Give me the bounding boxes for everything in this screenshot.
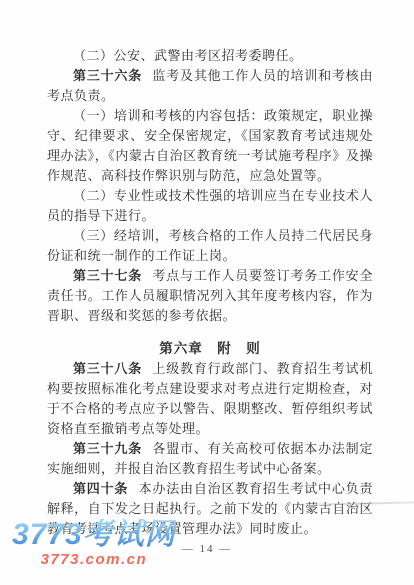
- document-paragraph: （一）培训和考核的内容包括：政策规定，职业操守、纪律要求、安全保密规定，《国家教…: [47, 106, 373, 186]
- article-number: 第三十九条: [73, 441, 142, 456]
- document-paragraph: 第三十九条各盟市、有关高校可依据本办法制定实施细则，并报自治区教育招生考试中心备…: [47, 439, 373, 479]
- paragraph-text: （三）经培训，考核合格的工作人员持二代居民身份证和统一制作的工作证上岗。: [47, 228, 373, 263]
- paragraph-text: （二）专业性或技术性强的培训应当在专业技术人员的指导下进行。: [47, 188, 373, 223]
- document-page: （二）公安、武警由考区招考委聘任。 第三十六条监考及其他工作人员的培训和考核由考…: [0, 0, 414, 585]
- document-body: （二）公安、武警由考区招考委聘任。 第三十六条监考及其他工作人员的培训和考核由考…: [47, 46, 373, 539]
- document-paragraph: 第三十八条上级教育行政部门、教育招生考试机构要按照标准化考点建设要求对考点进行定…: [47, 359, 373, 439]
- document-paragraph: 第三十七条考点与工作人员要签订考务工作安全责任书。工作人员履职情况列入其年度考核…: [47, 266, 373, 326]
- paragraph-text: （一）培训和考核的内容包括：政策规定，职业操守、纪律要求、安全保密规定，《国家教…: [47, 108, 373, 183]
- article-number: 第三十七条: [73, 268, 142, 283]
- article-number: 第三十八条: [73, 361, 142, 376]
- article-number: 第三十六条: [73, 68, 142, 83]
- paragraph-text: （二）公安、武警由考区招考委聘任。: [73, 48, 303, 63]
- document-paragraph: （二）公安、武警由考区招考委聘任。: [47, 46, 373, 66]
- document-paragraph: （二）专业性或技术性强的培训应当在专业技术人员的指导下进行。: [47, 186, 373, 226]
- page-number: — 14 —: [0, 543, 414, 555]
- document-paragraph: （三）经培训，考核合格的工作人员持二代居民身份证和统一制作的工作证上岗。: [47, 226, 373, 266]
- article-number: 第四十条: [73, 481, 128, 496]
- document-paragraph: 第三十六条监考及其他工作人员的培训和考核由考点负责。: [47, 66, 373, 106]
- chapter-heading: 第六章 附 则: [47, 339, 373, 359]
